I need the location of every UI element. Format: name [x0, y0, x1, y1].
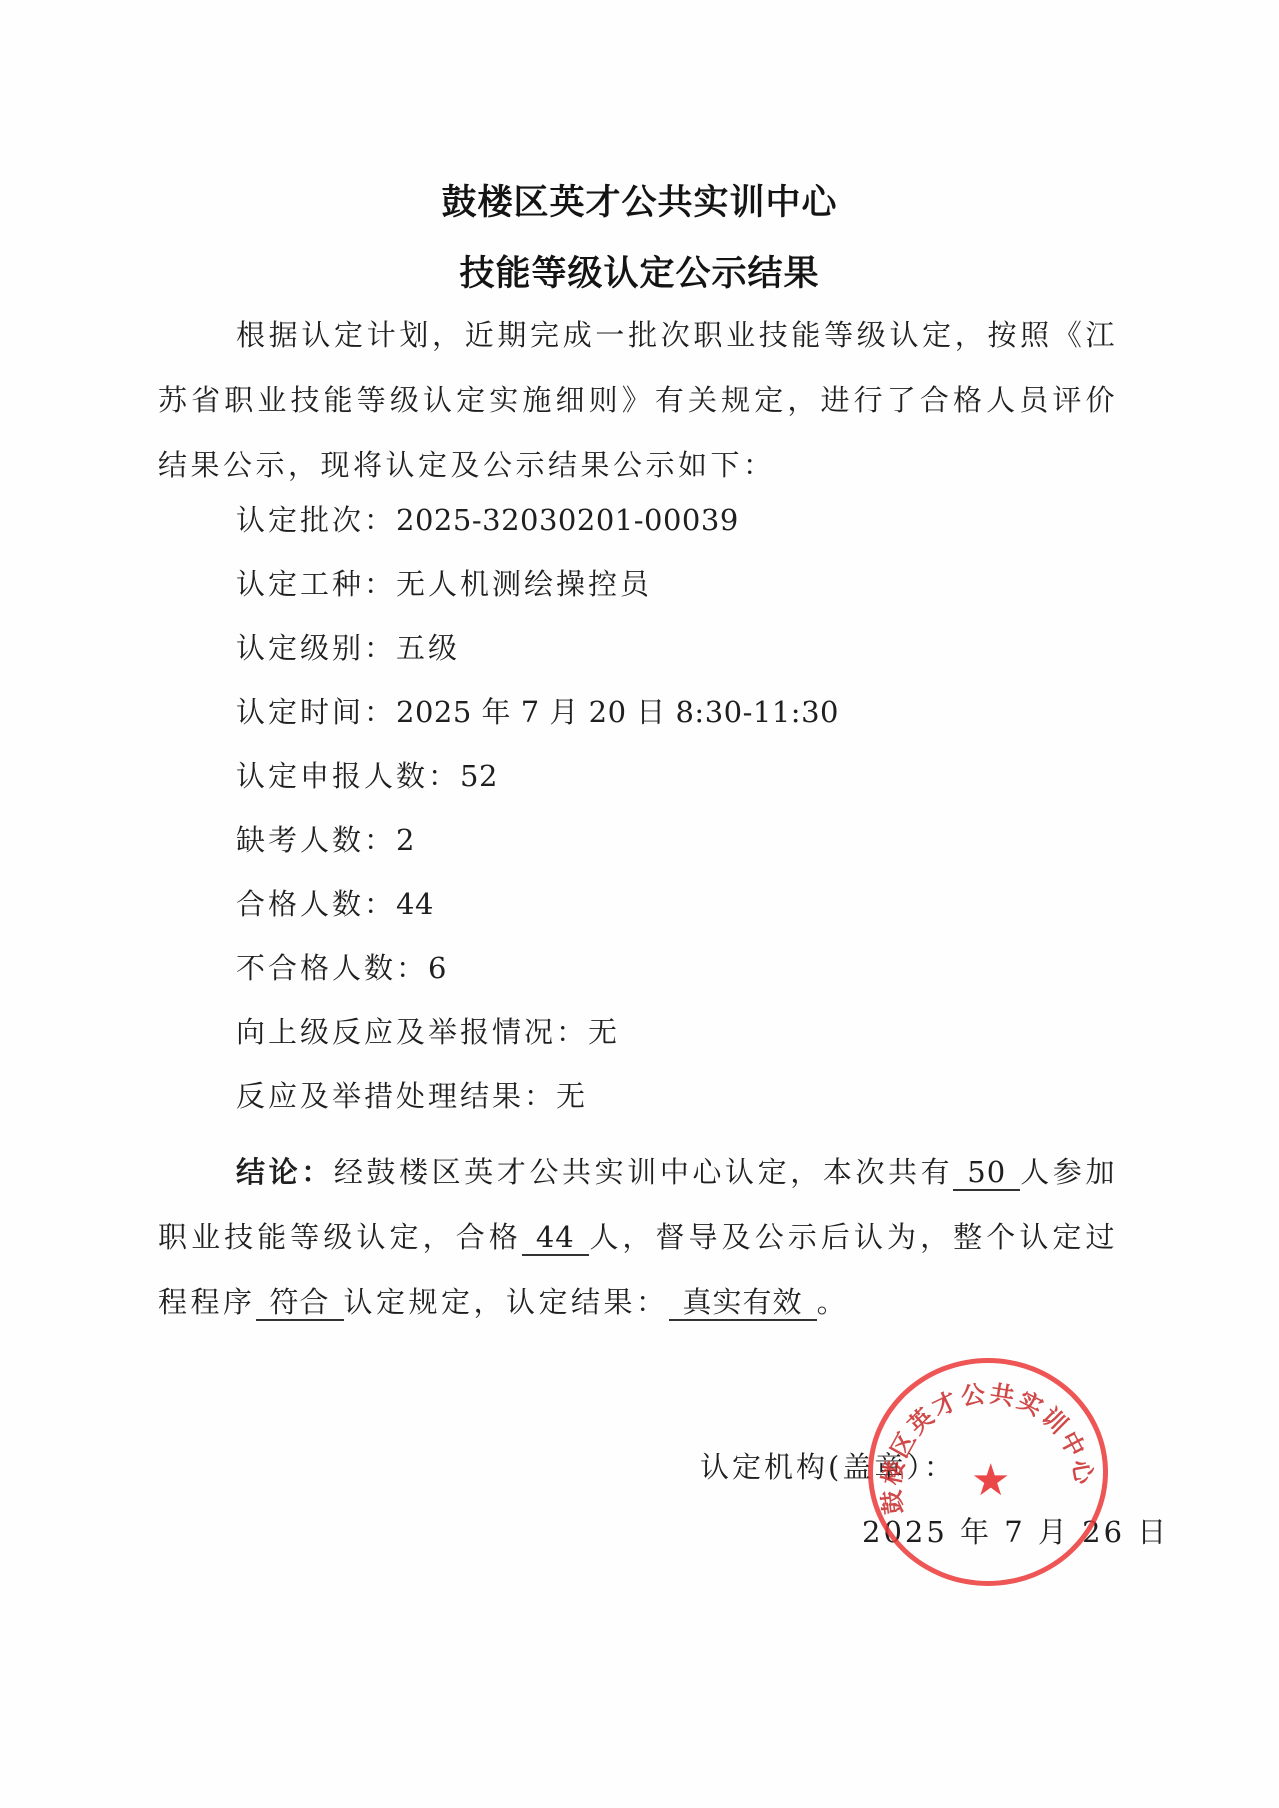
- field-label: 认定批次：: [236, 503, 396, 537]
- field-failed: 不合格人数：6: [236, 946, 447, 987]
- field-label: 向上级反应及举报情况：: [236, 1015, 588, 1049]
- passed-count: 44: [522, 1220, 589, 1256]
- field-value: 五级: [396, 631, 460, 665]
- field-value: 2025-32030201-00039: [396, 503, 739, 537]
- field-value: 2025 年 7 月 20 日 8:30-11:30: [396, 695, 839, 729]
- official-seal: 鼓楼区英才公共实训中心 ★: [868, 1358, 1108, 1586]
- field-occupation: 认定工种：无人机测绘操控员: [236, 562, 652, 603]
- intro-paragraph: 根据认定计划，近期完成一批次职业技能等级认定，按照《江苏省职业技能等级认定实施细…: [158, 303, 1118, 498]
- field-applicants: 认定申报人数：52: [236, 754, 498, 795]
- participants-count: 50: [953, 1155, 1020, 1191]
- document-title-org: 鼓楼区英才公共实训中心: [0, 175, 1279, 225]
- conclusion-label: 结论：: [236, 1155, 334, 1189]
- field-value: 无: [588, 1015, 620, 1049]
- conclusion-text: 。: [817, 1285, 850, 1319]
- field-label: 反应及举措处理结果：: [236, 1079, 556, 1113]
- field-value: 44: [396, 887, 434, 921]
- field-label: 认定时间：: [236, 695, 396, 729]
- field-label: 认定申报人数：: [236, 759, 460, 793]
- field-passed: 合格人数：44: [236, 882, 434, 923]
- conclusion-text: 经鼓楼区英才公共实训中心认定，本次共有: [334, 1155, 953, 1189]
- field-value: 无人机测绘操控员: [396, 567, 652, 601]
- field-value: 2: [396, 823, 415, 857]
- field-value: 无: [556, 1079, 588, 1113]
- field-reports: 向上级反应及举报情况：无: [236, 1010, 620, 1051]
- field-level: 认定级别：五级: [236, 626, 460, 667]
- field-value: 6: [428, 951, 447, 985]
- field-label: 认定级别：: [236, 631, 396, 665]
- field-handling: 反应及举措处理结果：无: [236, 1074, 588, 1115]
- field-batch: 认定批次：2025-32030201-00039: [236, 498, 739, 539]
- field-label: 合格人数：: [236, 887, 396, 921]
- field-absent: 缺考人数：2: [236, 818, 415, 859]
- result-value: 真实有效: [669, 1285, 817, 1321]
- compliance-value: 符合: [256, 1285, 344, 1321]
- field-label: 不合格人数：: [236, 951, 428, 985]
- star-icon: ★: [971, 1455, 1010, 1506]
- field-time: 认定时间：2025 年 7 月 20 日 8:30-11:30: [236, 690, 839, 731]
- conclusion-text: 认定规定，认定结果：: [344, 1285, 669, 1319]
- field-label: 缺考人数：: [236, 823, 396, 857]
- field-value: 52: [460, 759, 498, 793]
- conclusion-paragraph: 结论：经鼓楼区英才公共实训中心认定，本次共有50人参加职业技能等级认定，合格44…: [158, 1140, 1118, 1335]
- field-label: 认定工种：: [236, 567, 396, 601]
- document-title: 技能等级认定公示结果: [0, 246, 1279, 296]
